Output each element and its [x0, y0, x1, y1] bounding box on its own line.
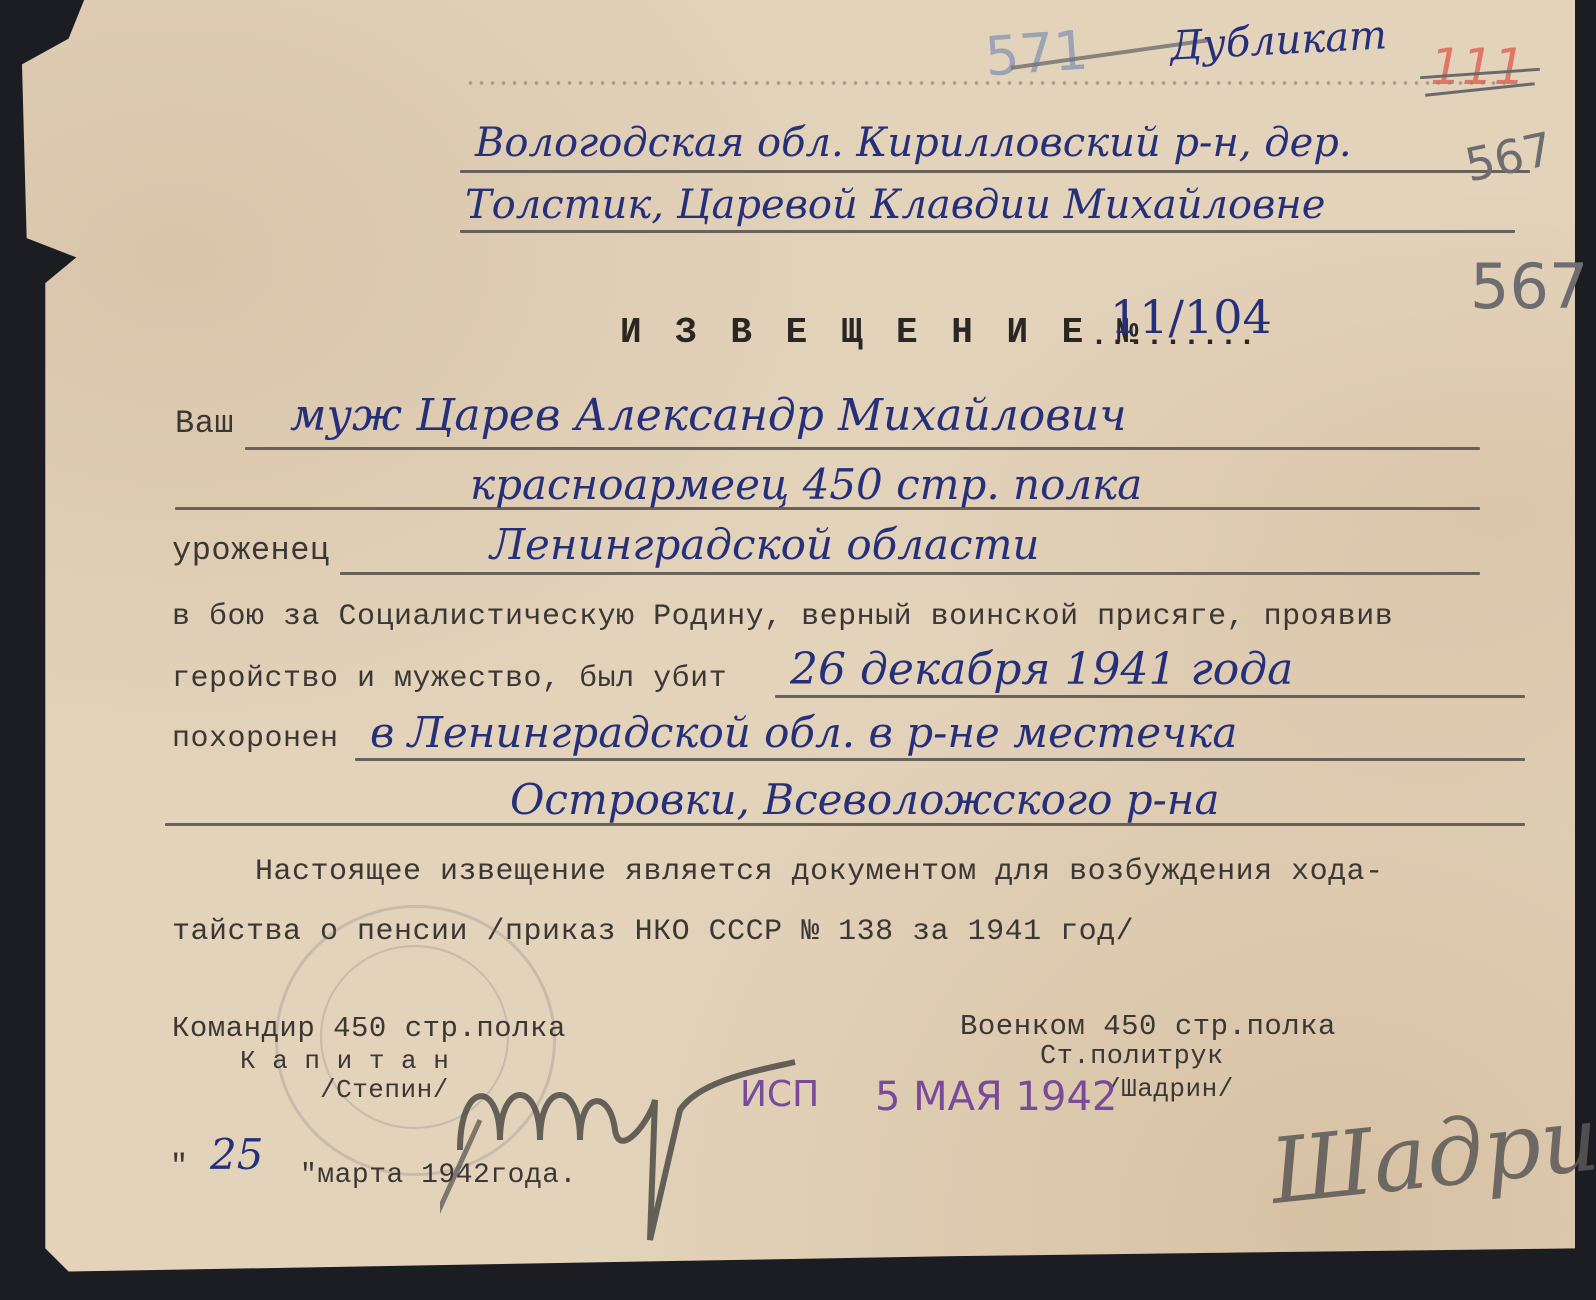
death-date: 26 декабря 1941 года	[790, 644, 1293, 695]
document-title: И З В Е Щ Е Н И Е №	[620, 312, 1144, 353]
burial-place-2: Островки, Всеволожского р-на	[510, 775, 1220, 824]
date-day: 25	[210, 1130, 263, 1179]
underline	[340, 572, 1480, 575]
underline	[165, 823, 1525, 826]
notice-text-1: Настоящее извещение является документом …	[255, 855, 1384, 889]
commissar-name: /Шадрин/	[1105, 1074, 1234, 1104]
underline	[460, 230, 1515, 233]
pencil-number-right: 567	[1470, 250, 1588, 323]
address-line-2: Толстик, Царевой Клавдии Михайловне	[465, 182, 1325, 228]
commander-name: /Степин/	[320, 1075, 449, 1105]
rank-unit: красноармеец 450 стр. полка	[470, 460, 1142, 509]
date-month-year: "марта 1942года.	[300, 1160, 577, 1191]
commissar-rank: Ст.политрук	[1040, 1042, 1224, 1072]
commander-signature	[440, 1040, 820, 1260]
underline	[175, 507, 1480, 510]
underline	[460, 170, 1530, 173]
execution-stamp-date: 5 МАЯ 1942	[875, 1074, 1117, 1120]
heroism-text: геройство и мужество, был убит	[172, 662, 727, 696]
typed-dotted-line	[465, 80, 1505, 86]
commander-rank: К а п и т а н	[240, 1046, 449, 1076]
underline	[245, 447, 1480, 450]
buried-label: похоронен	[172, 722, 339, 756]
your-label: Ваш	[175, 405, 234, 442]
commissar-title: Военком 450 стр.полка	[960, 1010, 1336, 1043]
burial-place-1: в Ленинградской обл. в р-не местечка	[370, 708, 1237, 757]
battle-text: в бою за Социалистическую Родину, верный…	[172, 600, 1393, 634]
native-label: уроженец	[172, 532, 330, 569]
date-open-quote: "	[170, 1150, 189, 1184]
underline	[355, 758, 1525, 761]
address-line-1: Вологодская обл. Кирилловский р-н, дер.	[475, 120, 1352, 166]
notice-number-dots: .........	[1090, 320, 1257, 354]
underline	[775, 695, 1525, 698]
relation-and-name: муж Царев Александр Михайлович	[290, 390, 1127, 441]
pencil-number-top: 571	[983, 18, 1090, 88]
execution-stamp: ИСП	[740, 1074, 819, 1115]
native-place: Ленинградской области	[490, 520, 1039, 569]
